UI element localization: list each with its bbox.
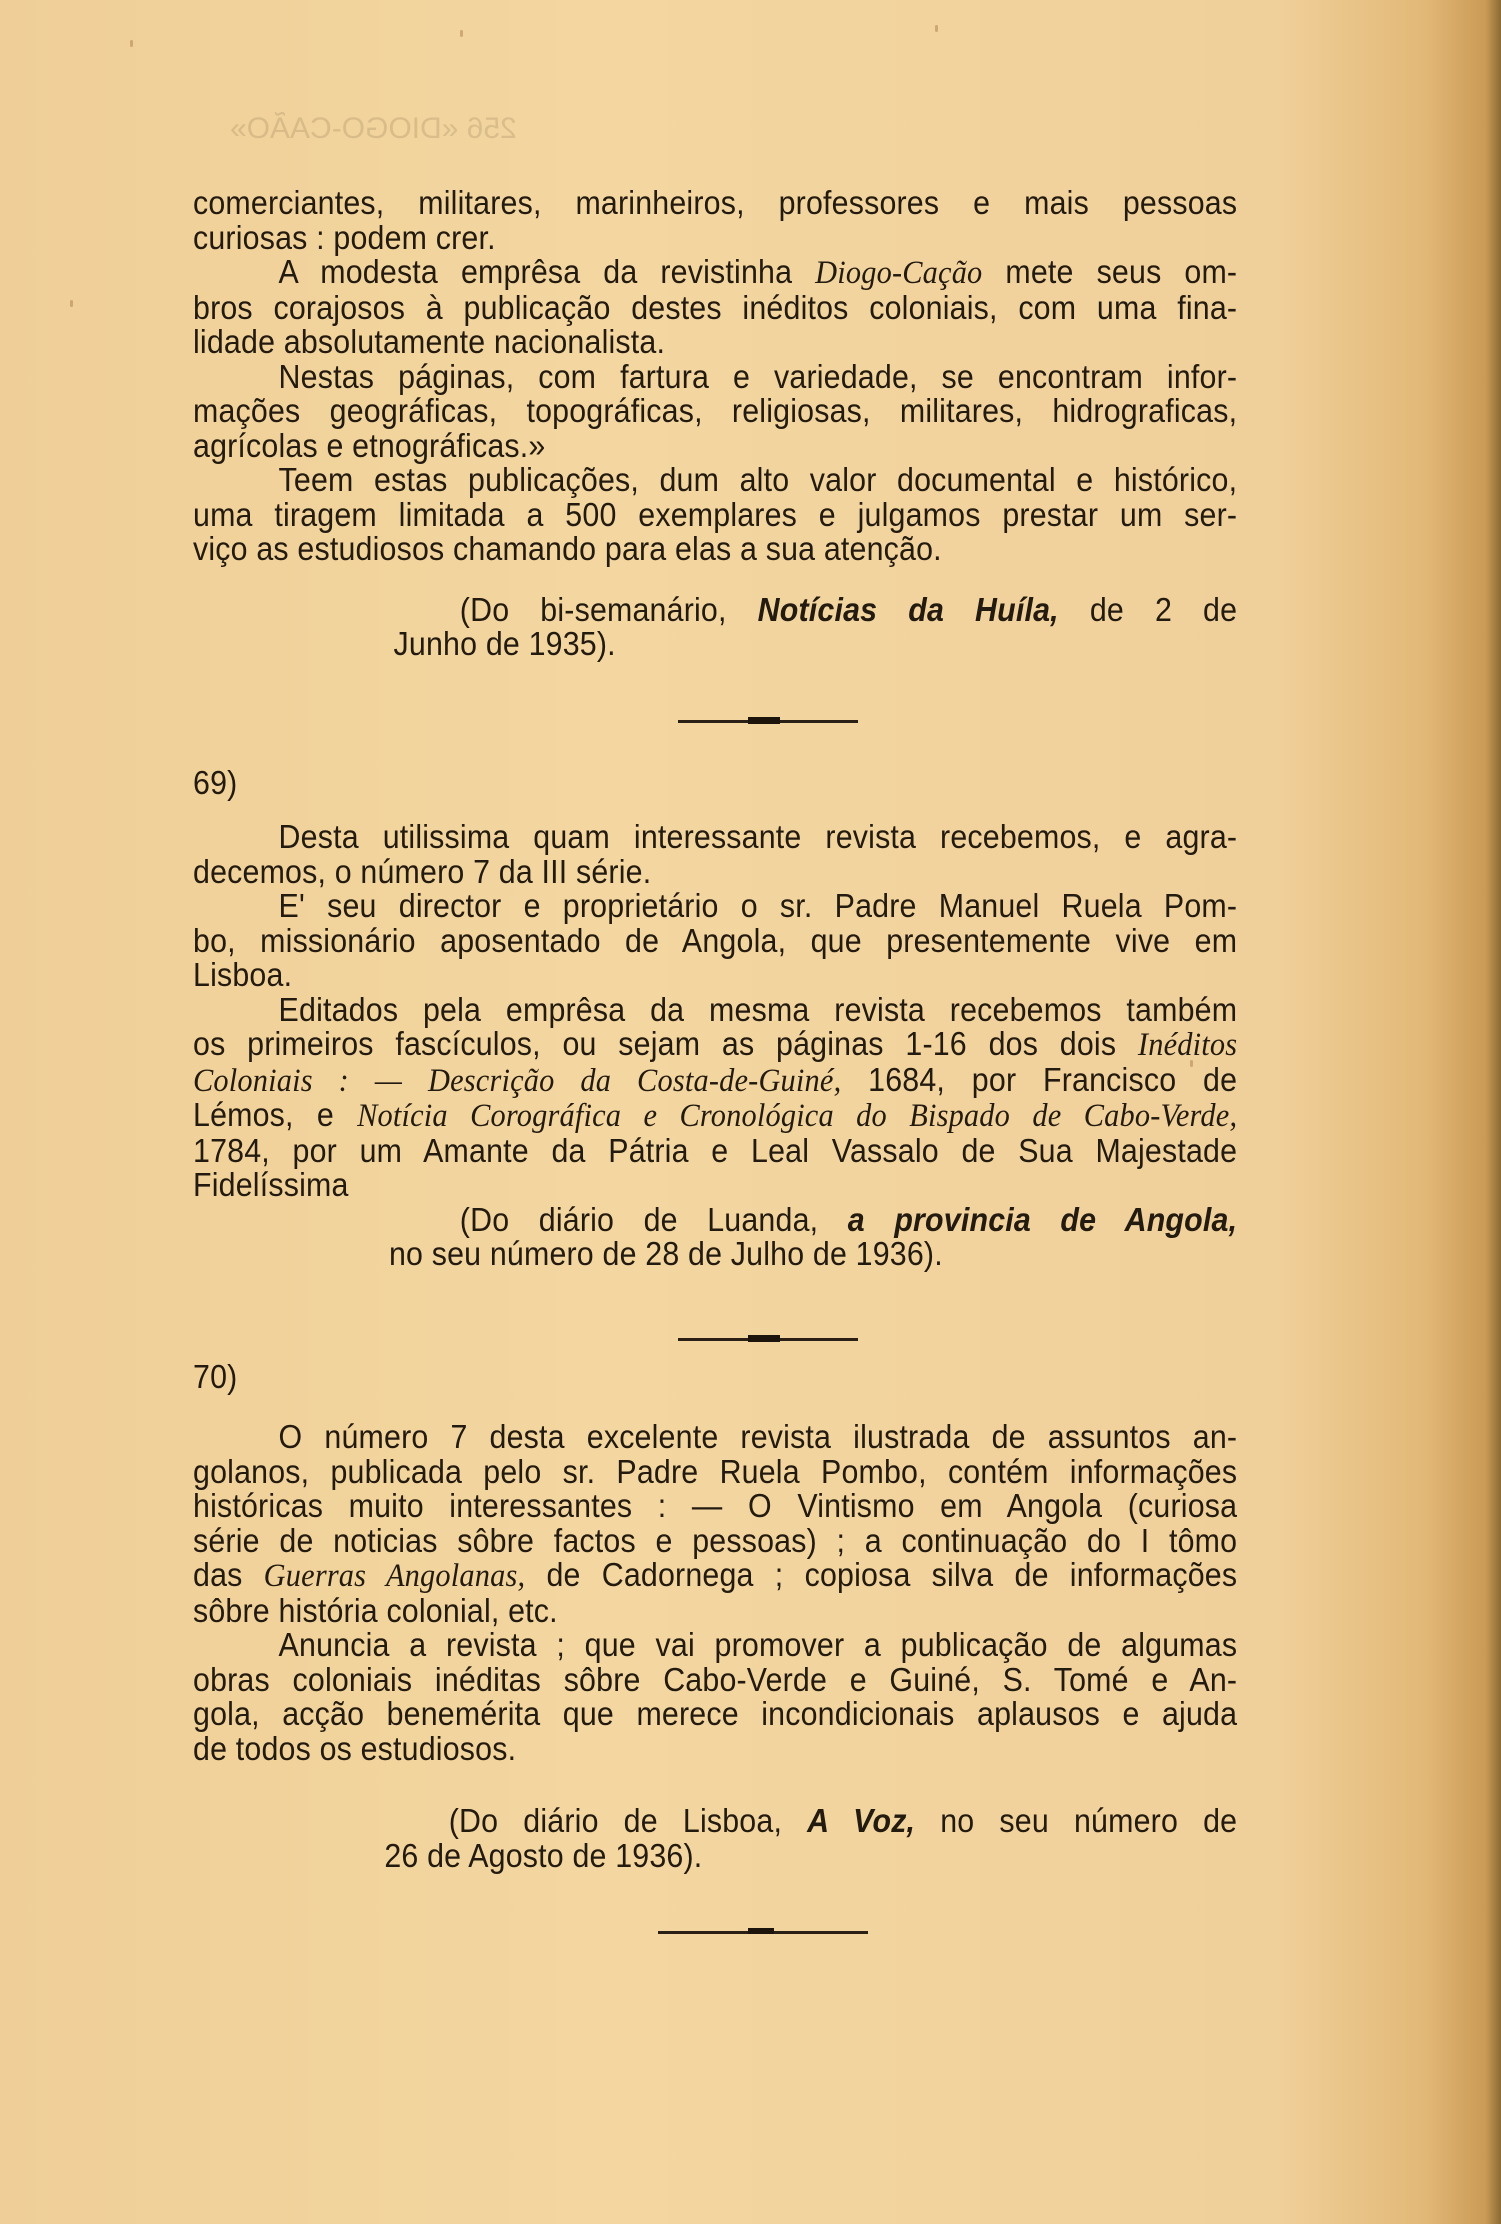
- text-line: curiosas : podem crer.: [193, 221, 1237, 256]
- text-line: sôbre história colonial, etc.: [193, 1594, 1237, 1629]
- section-continued: comerciantes, militares, marinheiros, pr…: [193, 186, 1328, 662]
- text-line: viço as estudiosos chamando para elas a …: [193, 532, 1237, 567]
- text-line: A modesta emprêsa da revistinha Diogo-Ca…: [193, 255, 1237, 291]
- text-span: A modesta emprêsa da revistinha: [279, 253, 793, 290]
- source-citation: (Do diário de Lisboa, A Voz, no seu núme…: [193, 1804, 1237, 1839]
- text-line: gola, acção benemérita que merece incond…: [193, 1697, 1237, 1732]
- text-span: 1684, por Francisco de: [868, 1061, 1237, 1098]
- paper-speck: [130, 40, 133, 47]
- text-span: os primeiros fascículos, ou sejam as pág…: [193, 1025, 1116, 1062]
- text-line: bo, missionário aposentado de Angola, qu…: [193, 924, 1237, 959]
- text-span: de Cadornega ; copiosa silva de informaç…: [546, 1556, 1237, 1593]
- citation-prefix: (Do bi-semanário,: [460, 591, 727, 628]
- citation-line-2: no seu número de 28 de Julho de 1936).: [193, 1237, 1237, 1272]
- paper-speck: [935, 25, 938, 32]
- text-line: Lisboa.: [193, 958, 1237, 993]
- section-separator: [193, 1913, 1328, 1953]
- text-line: série de noticias sôbre factos e pessoas…: [193, 1524, 1237, 1559]
- text-line: Teem estas publicações, dum alto valor d…: [193, 463, 1237, 498]
- citation-prefix: (Do diário de Lisboa,: [449, 1802, 782, 1839]
- work-title: Coloniais : — Descrição da Costa-de-Guin…: [193, 1063, 841, 1099]
- text-line: os primeiros fascículos, ou sejam as pág…: [193, 1027, 1237, 1063]
- text-line: Nestas páginas, com fartura e variedade,…: [193, 360, 1237, 395]
- text-line: Anuncia a revista ; que vai promover a p…: [193, 1628, 1237, 1663]
- paper-speck: [460, 30, 463, 37]
- text-line: lidade absolutamente nacionalista.: [193, 325, 1237, 360]
- section-separator: [193, 1320, 1328, 1360]
- text-line: golanos, publicada pelo sr. Padre Ruela …: [193, 1455, 1237, 1490]
- paper-speck: [70, 300, 73, 307]
- citation-suffix: de 2 de: [1090, 591, 1237, 628]
- magazine-title: Diogo-Cação: [815, 255, 982, 291]
- source-citation: (Do diário de Luanda, a provincia de Ang…: [193, 1203, 1237, 1238]
- entry-number: 69): [193, 766, 1237, 801]
- text-line: 1784, por um Amante da Pátria e Leal Vas…: [193, 1134, 1237, 1169]
- citation-title: Notícias da Huíla,: [758, 591, 1059, 628]
- citation-line-2: Junho de 1935).: [193, 627, 1237, 662]
- work-title: Inéditos: [1138, 1027, 1237, 1063]
- bleed-through-header: 256 «DIOGO-CAÃO»: [230, 112, 517, 146]
- entry-number: 70): [193, 1360, 1237, 1395]
- citation-line-2: 26 de Agosto de 1936).: [193, 1839, 1237, 1874]
- text-line: históricas muito interessantes : — O Vin…: [193, 1489, 1237, 1524]
- text-line: O número 7 desta excelente revista ilust…: [193, 1420, 1237, 1455]
- citation-suffix: no seu número de: [940, 1802, 1237, 1839]
- text-line: Desta utilissima quam interessante revis…: [193, 820, 1237, 855]
- text-line: Fidelíssima: [193, 1168, 1237, 1203]
- source-citation: (Do bi-semanário, Notícias da Huíla, de …: [193, 593, 1237, 628]
- text-line: de todos os estudiosos.: [193, 1732, 1237, 1767]
- text-line: Lémos, e Notícia Corográfica e Cronológi…: [193, 1098, 1237, 1134]
- text-line: decemos, o número 7 da III série.: [193, 855, 1237, 890]
- text-line: obras coloniais inéditas sôbre Cabo-Verd…: [193, 1663, 1237, 1698]
- text-line: Editados pela emprêsa da mesma revista r…: [193, 993, 1237, 1028]
- section-separator: [193, 702, 1328, 742]
- text-span: Lémos, e: [193, 1096, 334, 1133]
- text-line: agrícolas e etnográficas.»: [193, 429, 1237, 464]
- section-69: 69) Desta utilissima quam interessante r…: [193, 766, 1328, 1272]
- text-span: mete seus om-: [1005, 253, 1237, 290]
- citation-title: a provincia de Angola,: [848, 1201, 1237, 1238]
- work-title: Guerras Angolanas,: [264, 1558, 526, 1594]
- text-line: comerciantes, militares, marinheiros, pr…: [193, 186, 1237, 221]
- citation-prefix: (Do diário de Luanda,: [460, 1201, 818, 1238]
- separator-ornament: [748, 717, 780, 724]
- text-line: bros corajosos à publicação destes inédi…: [193, 291, 1237, 326]
- text-line: mações geográficas, topográficas, religi…: [193, 394, 1237, 429]
- text-span: das: [193, 1556, 243, 1593]
- text-line: Coloniais : — Descrição da Costa-de-Guin…: [193, 1063, 1237, 1099]
- work-title: Notícia Corográfica e Cronológica do Bis…: [357, 1098, 1237, 1134]
- document-page: comerciantes, militares, marinheiros, pr…: [193, 186, 1328, 1953]
- text-line: das Guerras Angolanas, de Cadornega ; co…: [193, 1558, 1237, 1594]
- citation-title: A Voz,: [807, 1802, 915, 1839]
- separator-ornament: [748, 1928, 774, 1934]
- section-70: 70) O número 7 desta excelente revista i…: [193, 1360, 1328, 1874]
- text-line: E' seu director e proprietário o sr. Pad…: [193, 889, 1237, 924]
- separator-ornament: [748, 1335, 780, 1342]
- text-line: uma tiragem limitada a 500 exemplares e …: [193, 498, 1237, 533]
